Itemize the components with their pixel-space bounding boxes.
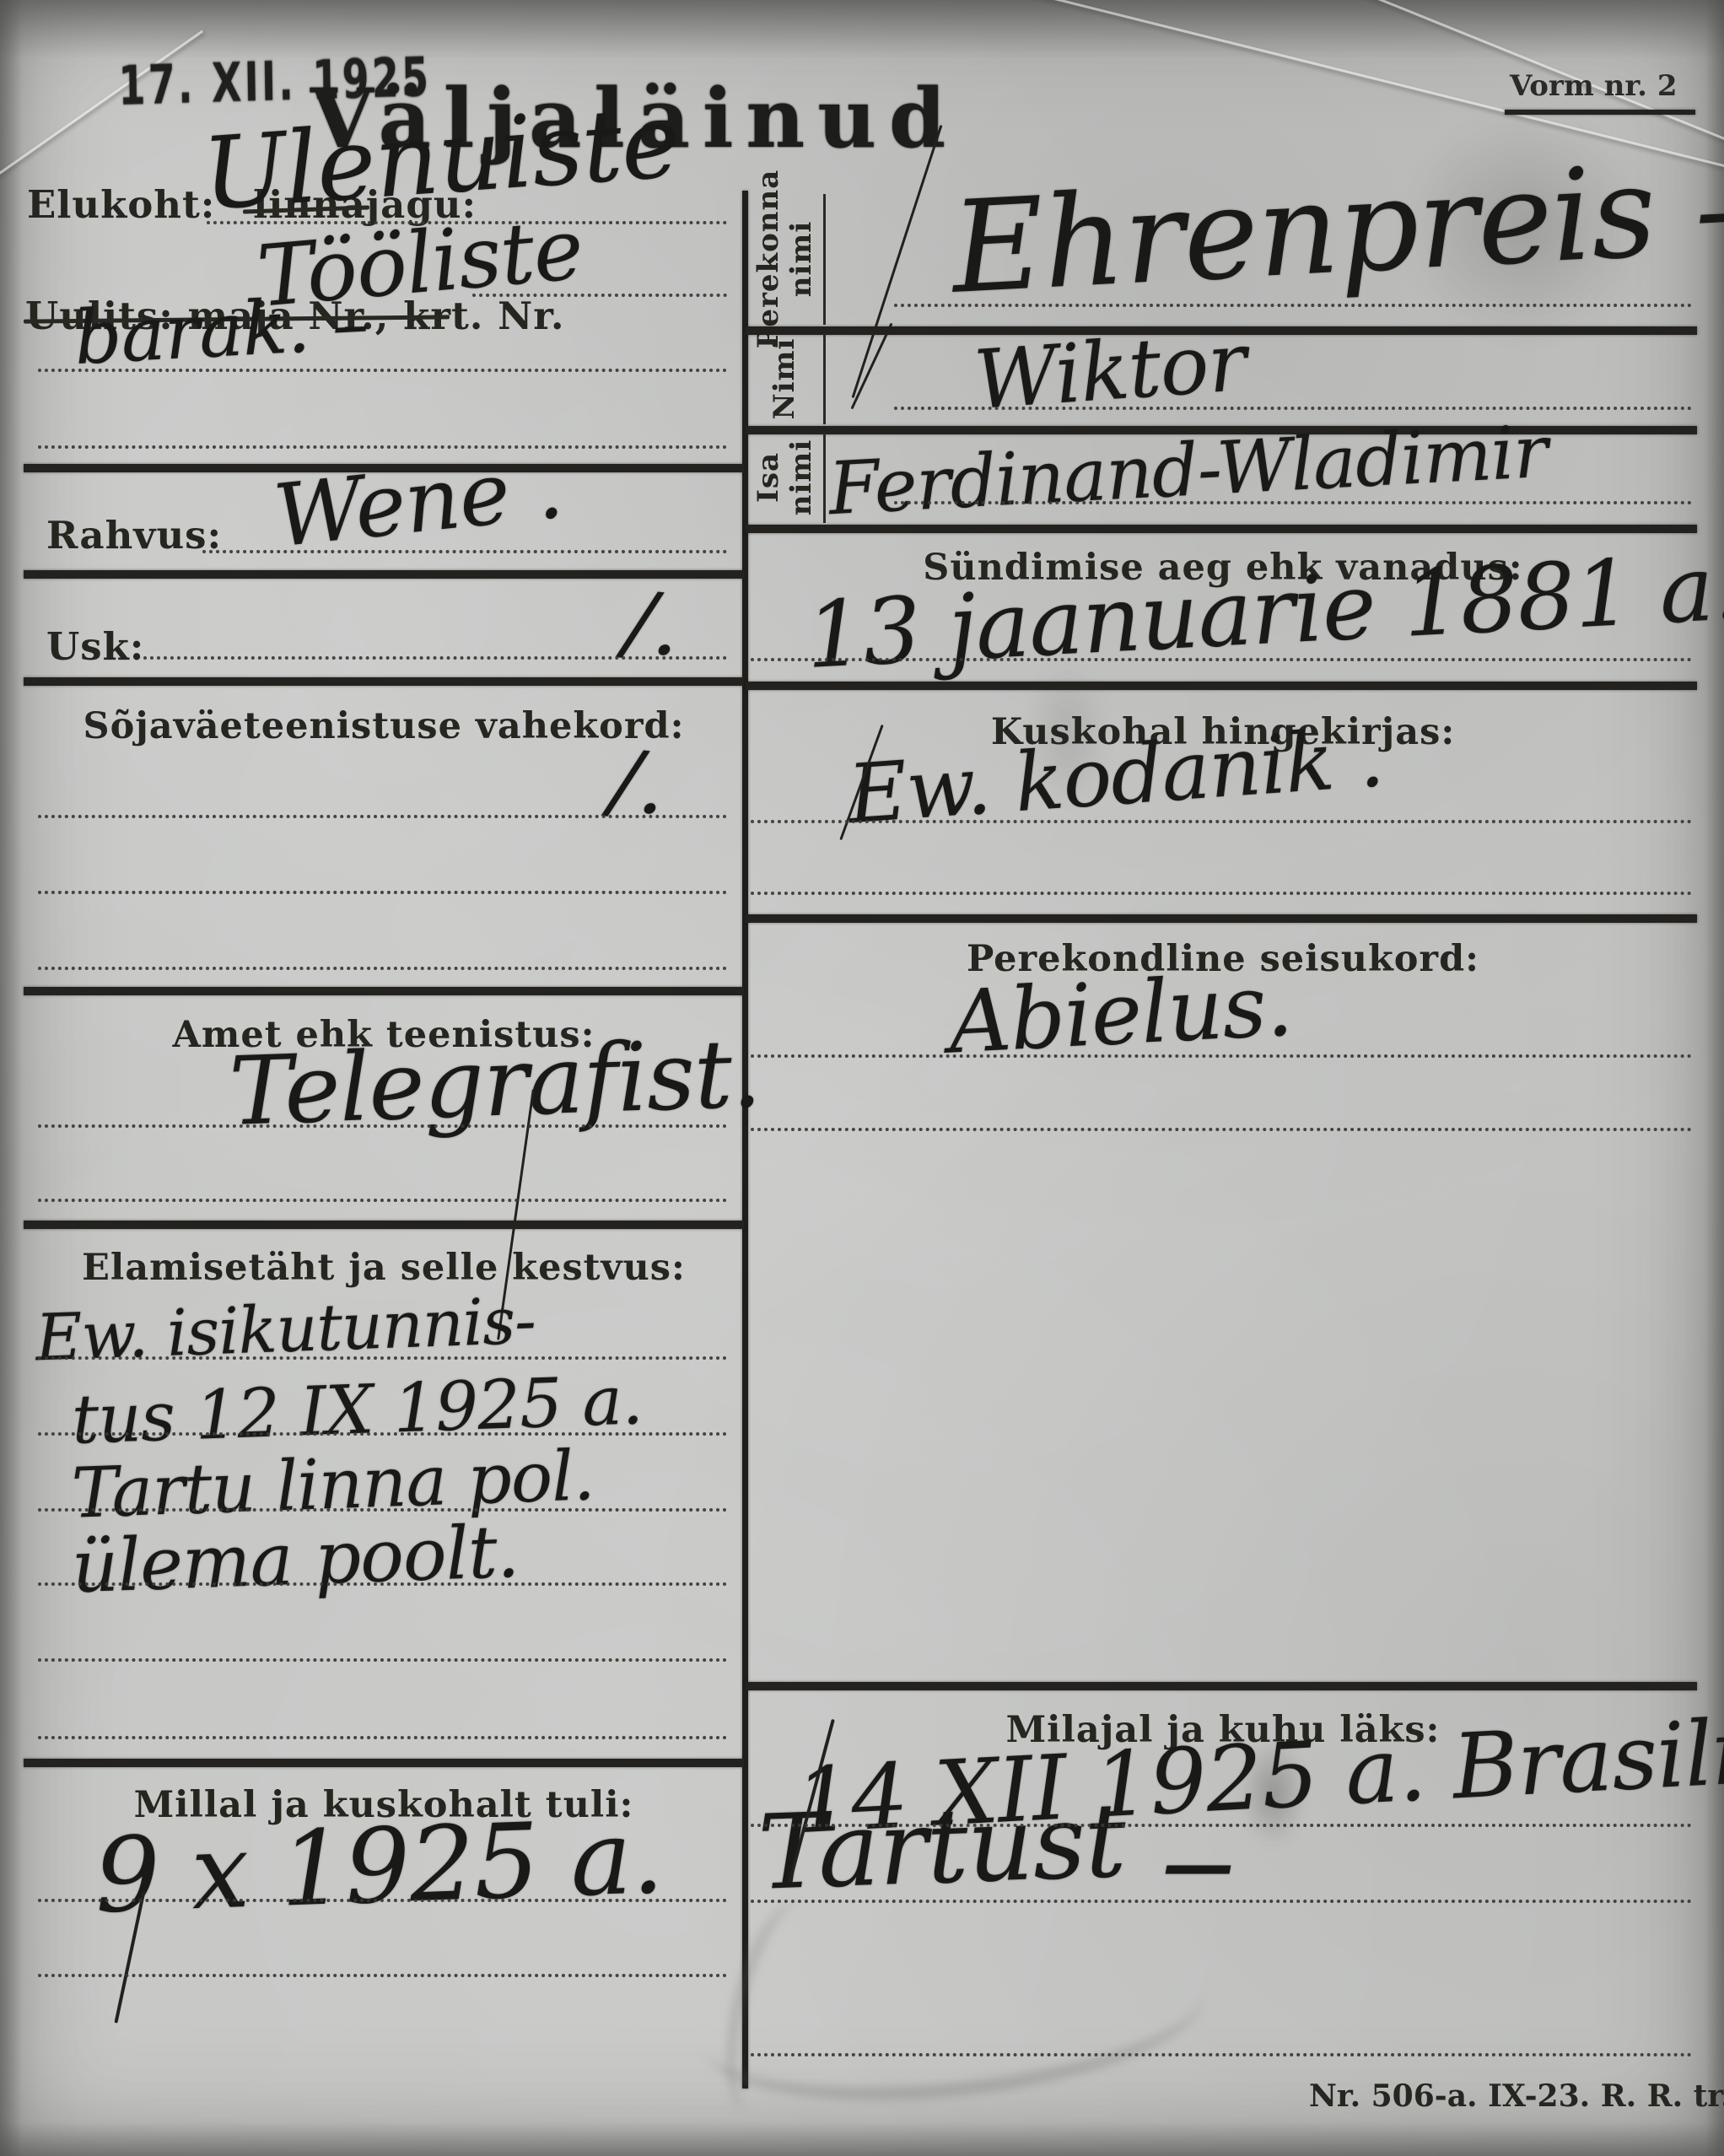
- dotted-line: [38, 1899, 727, 1902]
- dotted-line: [38, 1658, 727, 1662]
- dotted-line: [38, 1199, 727, 1202]
- dotted-line: [894, 407, 1692, 410]
- dotted-line: [751, 658, 1692, 661]
- dotted-line: [38, 1582, 727, 1586]
- dotted-line: [202, 550, 727, 553]
- usk-label: Usk:: [46, 624, 144, 669]
- amet-entry: Telegrafist.: [228, 1027, 762, 1140]
- section-rule: [746, 914, 1697, 923]
- section-rule: [746, 682, 1697, 690]
- registration-card-scan: 17. XII. 1925 Väljaläinud Vorm nr. 2 Elu…: [0, 0, 1724, 2156]
- dotted-line: [38, 1508, 727, 1512]
- dotted-line: [751, 1900, 1692, 1903]
- dotted-line: [38, 1736, 727, 1739]
- dotted-line: [38, 445, 727, 449]
- dotted-line: [38, 891, 727, 894]
- isa-nimi-label-line2: nimi: [784, 439, 818, 516]
- rahvus-label: Rahvus:: [46, 513, 222, 558]
- paper-edge-shadow-bottom: [0, 2122, 1724, 2156]
- form-number: Vorm nr. 2: [1510, 69, 1678, 103]
- dotted-line: [38, 1124, 727, 1128]
- uulits-entry-line2: barak. –: [73, 286, 370, 375]
- dotted-line: [38, 967, 727, 970]
- section-rule: [24, 677, 744, 686]
- dotted-line: [751, 820, 1692, 823]
- laks-entry-dash: —: [1162, 1829, 1233, 1900]
- dotted-line: [472, 294, 727, 297]
- elukoht-entry: Ulenuiste: [200, 91, 682, 224]
- dotted-line: [38, 815, 727, 818]
- isa-nimi-label-line1: Isa: [752, 452, 785, 503]
- section-rule: [746, 1682, 1697, 1690]
- elamisetaht-label: Elamisetäht ja selle kestvus:: [25, 1247, 742, 1289]
- perekonna-nimi-entry: Ehrenpreis –: [949, 143, 1724, 312]
- dotted-line: [751, 1054, 1692, 1058]
- section-rule: [746, 525, 1697, 533]
- dotted-line: [751, 2053, 1692, 2056]
- dotted-line: [38, 1974, 727, 1977]
- dotted-line: [143, 656, 727, 660]
- section-rule: [24, 1221, 744, 1229]
- section-rule: [24, 987, 744, 995]
- label-strip-divider: [823, 433, 826, 523]
- paper-edge-shadow-left: [0, 0, 22, 2156]
- perekondline-entry: Abielus.: [947, 962, 1295, 1066]
- label-strip-divider: [823, 333, 826, 424]
- dotted-line: [38, 1356, 727, 1360]
- dotted-line: [38, 369, 727, 372]
- rahvus-entry: Wene .: [271, 445, 567, 560]
- pencil-scribble: [693, 1914, 1213, 2121]
- print-reference: Nr. 506-a. IX-23. R. R. tr.: [1309, 2078, 1724, 2114]
- paper-edge-shadow-top: [0, 0, 1724, 59]
- section-rule: [24, 1759, 744, 1767]
- dotted-line: [894, 501, 1692, 504]
- paper-edge-shadow-right: [1705, 0, 1724, 2156]
- elukoht-label-part1: Elukoht:: [27, 182, 215, 227]
- elamisetaht-entry-line4: ülema poolt.: [71, 1516, 520, 1604]
- dotted-line: [751, 1128, 1692, 1131]
- dotted-line: [894, 304, 1692, 307]
- label-strip-divider: [823, 194, 826, 325]
- nimi-label: Nimi: [768, 338, 801, 420]
- perekonna-nimi-label-line1: Perekonna: [752, 170, 785, 349]
- dotted-line: [751, 892, 1692, 895]
- perekonna-nimi-label-line2: nimi: [784, 221, 818, 298]
- pencil-scribble: [708, 1891, 845, 2125]
- form-number-underline: [1505, 110, 1695, 115]
- dotted-line: [38, 1432, 727, 1436]
